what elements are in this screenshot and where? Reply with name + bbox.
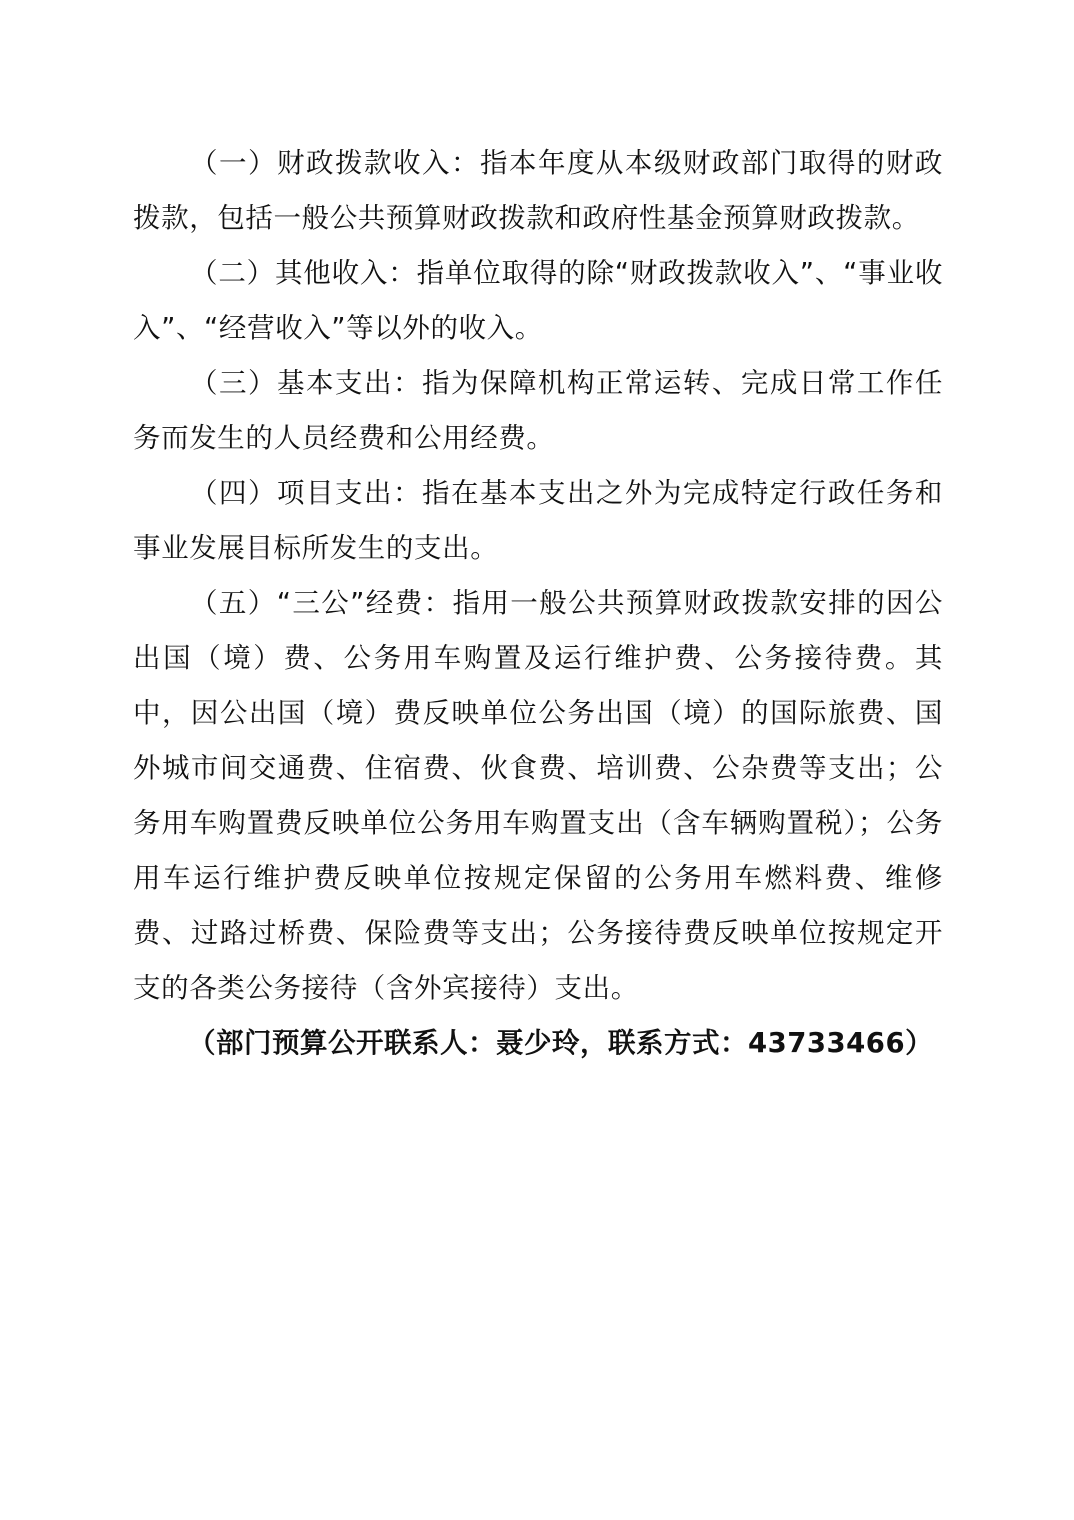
definition-paragraph-project-expenditure: （四）项目支出：指在基本支出之外为完成特定行政任务和事业发展目标所发生的支出。: [133, 466, 943, 576]
contact-line: （部门预算公开联系人：聂少玲，联系方式：43733466）: [133, 1016, 943, 1071]
definition-paragraph-fiscal-appropriation-income: （一）财政拨款收入：指本年度从本级财政部门取得的财政拨款，包括一般公共预算财政拨…: [133, 136, 943, 246]
definition-paragraph-basic-expenditure: （三）基本支出：指为保障机构正常运转、完成日常工作任务而发生的人员经费和公用经费…: [133, 356, 943, 466]
definition-paragraph-three-public-expenses: （五）“三公”经费：指用一般公共预算财政拨款安排的因公出国（境）费、公务用车购置…: [133, 576, 943, 1016]
definition-paragraph-other-income: （二）其他收入：指单位取得的除“财政拨款收入”、“事业收入”、“经营收入”等以外…: [133, 246, 943, 356]
document-page: （一）财政拨款收入：指本年度从本级财政部门取得的财政拨款，包括一般公共预算财政拨…: [133, 136, 943, 1071]
